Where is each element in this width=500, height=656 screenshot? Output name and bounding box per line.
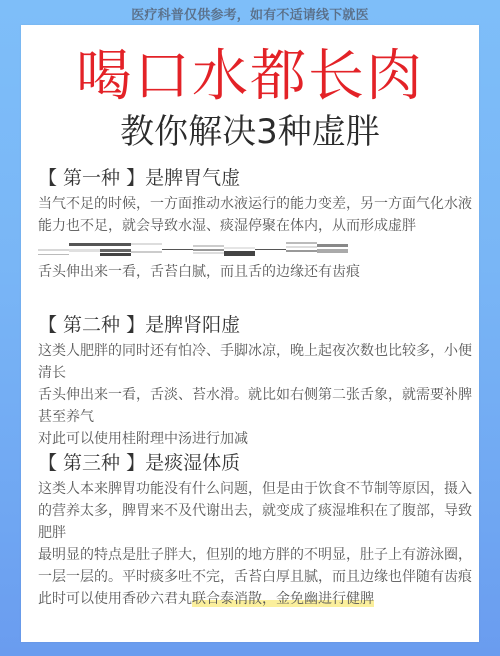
body-line: 对此可以使用桂附理中汤进行加减	[38, 428, 468, 450]
section-spleen-stomach-qi-deficiency: 【 第一种 】是脾胃气虚 当气不足的时候，一方面推动水液运行的能力变差，另一方面…	[38, 165, 468, 283]
body-line-remedy: 此时可以使用香砂六君丸联合泰消散，金免幽进行健脾	[38, 588, 468, 610]
body-line: 舌头伸出来一看，舌淡、苔水滑。就比如右侧第二张舌象，就需要补脾	[38, 384, 468, 406]
section-heading: 【 第二种 】是脾肾阳虚	[38, 312, 468, 338]
remedy-highlighted-text: 联合泰消散，金免幽进行健脾	[192, 591, 374, 607]
body-line: 甚至养气	[38, 406, 468, 428]
body-line: 这类人本来脾胃功能没有什么问题，但是由于饮食不节制等原因，摄入	[38, 478, 468, 500]
main-title: 喝口水都长肉	[21, 45, 479, 109]
section-phlegm-dampness-constitution: 【 第三种 】是痰湿体质 这类人本来脾胃功能没有什么问题，但是由于饮食不节制等原…	[38, 450, 468, 610]
body-line: 清长	[38, 362, 468, 384]
section-heading: 【 第一种 】是脾胃气虚	[38, 165, 468, 191]
garbled-image-strip	[38, 241, 348, 257]
subtitle: 教你解决3种虚胖	[21, 111, 479, 153]
body-line: 能力也不足，就会导致水湿、痰湿停聚在体内，从而形成虚胖	[38, 215, 468, 237]
body-line: 这类人肥胖的同时还有怕冷、手脚冰凉，晚上起夜次数也比较多，小便	[38, 340, 468, 362]
body-line: 舌头伸出来一看，舌苔白腻，而且舌的边缘还有齿痕	[38, 261, 468, 283]
remedy-plain-text: 此时可以使用香砂六君丸	[38, 591, 192, 607]
body-line: 当气不足的时候，一方面推动水液运行的能力变差，另一方面气化水液	[38, 193, 468, 215]
content-card: 喝口水都长肉 教你解决3种虚胖 【 第一种 】是脾胃气虚 当气不足的时候，一方面…	[21, 25, 479, 642]
body-line: 肥胖	[38, 522, 468, 544]
section-spleen-kidney-yang-deficiency: 【 第二种 】是脾肾阳虚 这类人肥胖的同时还有怕冷、手脚冰凉，晚上起夜次数也比较…	[38, 312, 468, 450]
section-heading: 【 第三种 】是痰湿体质	[38, 450, 468, 476]
body-line: 一层一层的。平时痰多吐不完，舌苔白厚且腻，而且边缘也伴随有齿痕	[38, 566, 468, 588]
body-line: 的营养太多，脾胃来不及代谢出去，就变成了痰湿堆积在了腹部，导致	[38, 500, 468, 522]
top-disclaimer: 医疗科普仅供参考，如有不适请线下就医	[0, 4, 500, 23]
body-line: 最明显的特点是肚子胖大，但别的地方胖的不明显，肚子上有游泳圈，	[38, 544, 468, 566]
